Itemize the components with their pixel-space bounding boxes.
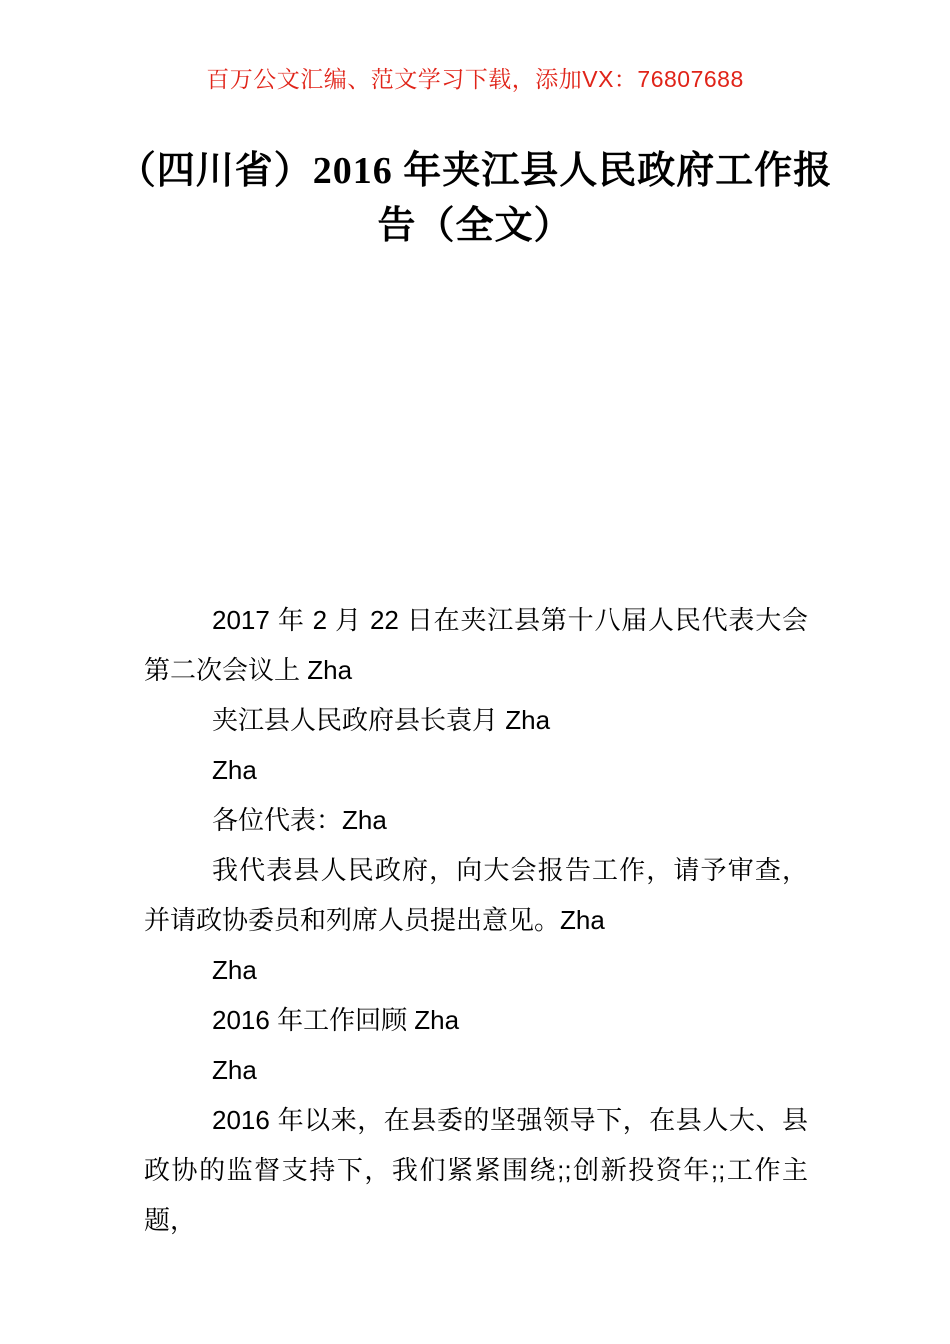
body-paragraph-author: 夹江县人民政府县长袁月 Zha	[144, 695, 808, 745]
title-line-2: 告（全文）	[70, 199, 880, 254]
body-paragraph-section-heading: 2016 年工作回顾 Zha	[144, 995, 808, 1045]
body-paragraph: Zha	[144, 745, 808, 795]
body-paragraph: 2016 年以来，在县委的坚强领导下，在县人大、县政协的监督支持下，我们紧紧围绕…	[144, 1095, 808, 1245]
document-page: 百万公文汇编、范文学习下载，添加VX：76807688 （四川省）2016 年夹…	[0, 0, 950, 1344]
body-paragraph-salutation: 各位代表：Zha	[144, 795, 808, 845]
document-title: （四川省）2016 年夹江县人民政府工作报 告（全文）	[70, 144, 880, 254]
body-paragraph: Zha	[144, 1045, 808, 1095]
body-paragraph-subtitle: 2017 年 2 月 22 日在夹江县第十八届人民代表大会第二次会议上 Zha	[144, 595, 808, 695]
body-paragraph: 我代表县人民政府，向大会报告工作，请予审查，并请政协委员和列席人员提出意见。Zh…	[144, 845, 808, 945]
document-body: 2017 年 2 月 22 日在夹江县第十八届人民代表大会第二次会议上 Zha …	[144, 595, 808, 1245]
body-paragraph: Zha	[144, 945, 808, 995]
watermark-header: 百万公文汇编、范文学习下载，添加VX：76807688	[0, 64, 950, 94]
title-line-1: （四川省）2016 年夹江县人民政府工作报	[70, 144, 880, 199]
